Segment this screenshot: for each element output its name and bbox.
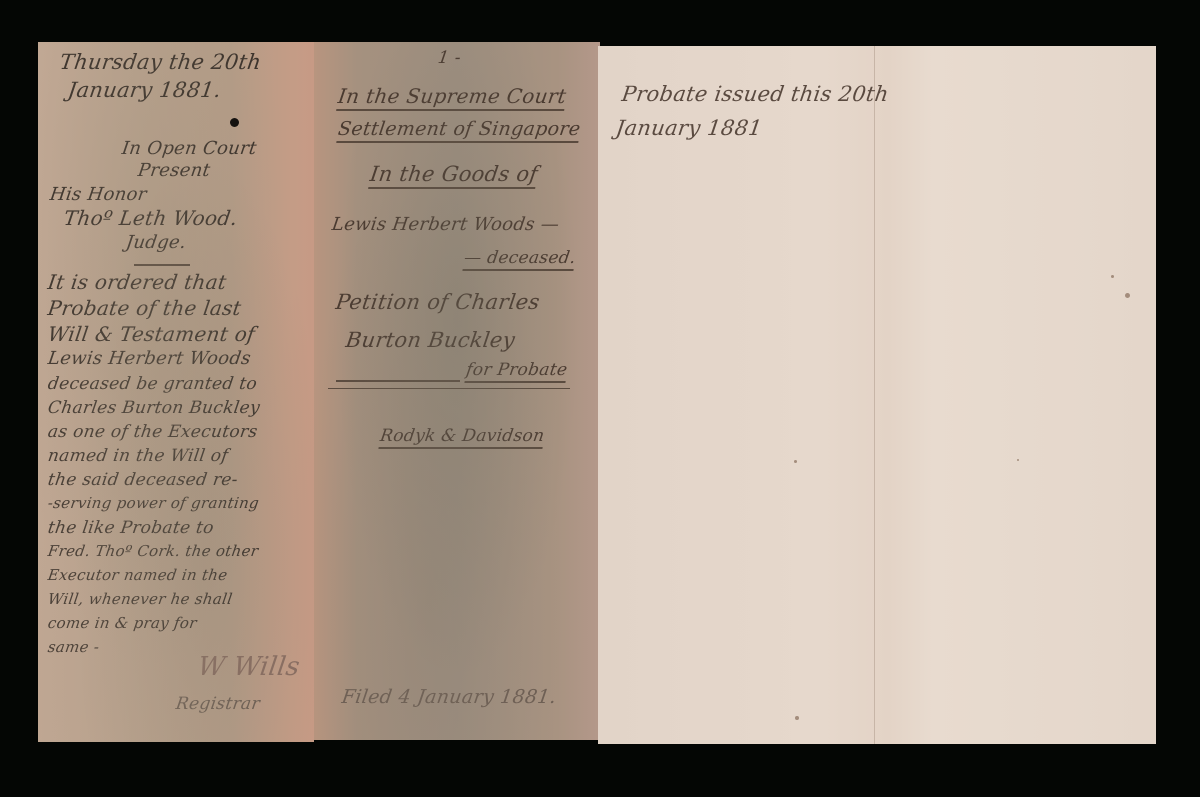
foxing-spot [1111, 275, 1114, 278]
judge-line-1: His Honor [49, 184, 149, 205]
probate-note-line-2: January 1881 [614, 116, 764, 140]
judge-line-3: Judge. [125, 232, 188, 253]
separator-rule [134, 264, 190, 266]
order-line: Fred. Thoº Cork. the other [47, 542, 260, 560]
order-line: Lewis Herbert Woods [47, 348, 253, 369]
order-line: Charles Burton Buckley [47, 398, 262, 418]
petition-rule [336, 380, 460, 382]
filed-date: Filed 4 January 1881. [340, 686, 557, 708]
petition-line-1: Petition of Charles [334, 290, 541, 314]
order-line: Executor named in the [47, 566, 229, 584]
page-number: 1 - [437, 48, 463, 68]
goods-heading: In the Goods of [368, 162, 539, 189]
probate-note-line-1: Probate issued this 20th [620, 82, 890, 106]
middle-panel-cover: 1 - In the Supreme Court Settlement of S… [314, 42, 600, 740]
court-line-1: In Open Court [121, 138, 259, 159]
foxing-spot [1017, 459, 1019, 461]
judge-line-2: Thoº Leth Wood. [62, 206, 239, 230]
order-line: Will & Testament of [46, 322, 256, 346]
order-line: same - [47, 638, 101, 656]
punch-hole [230, 118, 239, 127]
order-line: -serving power of granting [47, 494, 261, 512]
left-panel-court-order: Thursday the 20th January 1881. In Open … [38, 42, 314, 742]
court-line-2: Present [137, 160, 212, 181]
order-line: the said deceased re- [47, 470, 240, 490]
date-line-1: Thursday the 20th [58, 50, 263, 74]
order-line: as one of the Executors [47, 422, 259, 442]
date-line-2: January 1881. [66, 78, 222, 102]
order-line: come in & pray for [47, 614, 198, 632]
petition-line-3: for Probate [464, 360, 568, 383]
deceased-name: Lewis Herbert Woods — [331, 214, 561, 235]
solicitor-name: Rodyk & Davidson [378, 426, 545, 449]
deceased-label: — deceased. [462, 248, 577, 271]
petition-line-2: Burton Buckley [344, 328, 516, 352]
court-heading-line-2: Settlement of Singapore [336, 118, 582, 143]
order-line: the like Probate to [47, 518, 216, 538]
fold-crease [874, 46, 875, 744]
petition-double-rule [328, 388, 570, 389]
registrar-signature: W Wills [196, 652, 302, 682]
registrar-title: Registrar [175, 694, 262, 714]
foxing-spot [795, 716, 799, 720]
right-panel-probate-note: Probate issued this 20th January 1881 [598, 46, 1156, 744]
foxing-spot [1125, 293, 1130, 298]
foxing-spot [794, 460, 797, 463]
document-scan: Thursday the 20th January 1881. In Open … [0, 0, 1200, 797]
order-line: Will, whenever he shall [47, 590, 234, 608]
order-line: Probate of the last [46, 296, 243, 320]
court-heading-line-1: In the Supreme Court [336, 84, 568, 111]
order-line: deceased be granted to [47, 374, 259, 394]
order-line: named in the Will of [47, 446, 230, 466]
order-line: It is ordered that [46, 270, 228, 294]
